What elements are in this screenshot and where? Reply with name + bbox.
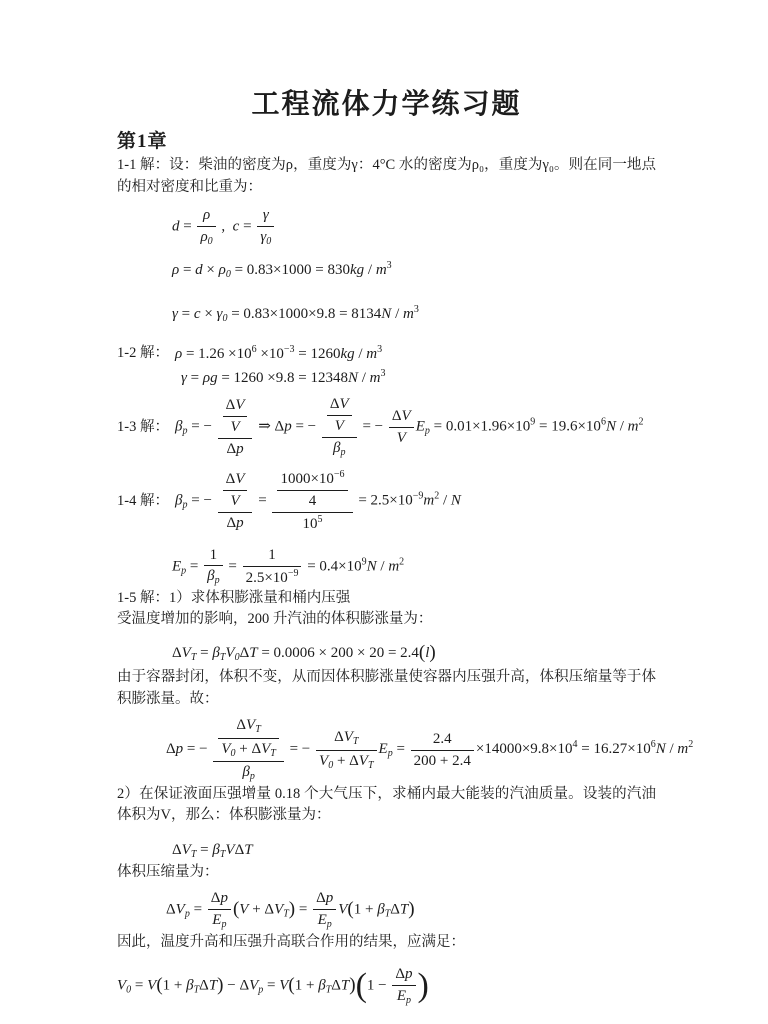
solution-label-1-3: 1-3 解： (117, 416, 175, 438)
solution-label-1-2: 1-2 解： (117, 342, 175, 364)
formula-group-1-2: ρ = 1.26 ×106 ×10−3 = 1260kg / m3 γ = ρg… (175, 342, 386, 389)
formula-elastic-modulus: Ep = 1βp = 12.5×10−9 = 0.4×109N / m2 (172, 546, 656, 588)
formula-volume-compression: ΔVp = ΔpEp(V + ΔVT) = ΔpEpV(1 + βTΔT) (166, 889, 656, 931)
para-therefore: 因此，温度升高和压强升高联合作用的结果，应满足： (117, 932, 656, 954)
solution-label-1-4: 1-4 解： (117, 490, 175, 512)
formula-1-4-compressibility: βp = − ΔVVΔp = 1000×10−64105 = 2.5×10−9m… (175, 469, 461, 533)
formula-1-3-compressibility: βp = − ΔVVΔp ⇒ Δp = − ΔVVβp = − ΔVVEp = … (175, 395, 643, 459)
formula-1-2-specific-weight: γ = ρg = 1260 ×9.8 = 12348N / m3 (181, 366, 386, 390)
para-sealed-container: 由于容器封闭，体积不变，从而因体积膨涨量使容器内压强升高，体积压缩量等于体积膨涨… (117, 667, 656, 710)
para-problem-1-1: 1-1 解：设：柴油的密度为ρ，重度为γ：4°C 水的密度为ρ₀，重度为γ₀。则… (117, 155, 656, 198)
formula-relative-density-definition: d = ρρ0 , c = γγ0 (172, 206, 656, 248)
formula-initial-volume: V0 = V(1 + βTΔT) − ΔVp = V(1 + βTΔT)(1 −… (117, 965, 656, 1007)
formula-volume-expansion: ΔVT = βTV0ΔT = 0.0006 × 200 × 20 = 2.4(l… (172, 639, 656, 668)
para-temperature-effect: 受温度增加的影响，200 升汽油的体积膨涨量为： (117, 609, 656, 631)
formula-specific-weight-result: γ = c × γ0 = 0.83×1000×9.8 = 8134N / m3 (172, 302, 656, 326)
solution-1-3: 1-3 解： βp = − ΔVVΔp ⇒ Δp = − ΔVVβp = − Δ… (117, 395, 656, 459)
para-compression-intro: 体积压缩量为： (117, 862, 656, 884)
formula-1-2-density: ρ = 1.26 ×106 ×10−3 = 1260kg / m3 (175, 342, 386, 366)
document-title: 工程流体力学练习题 (117, 88, 656, 122)
solution-1-4: 1-4 解： βp = − ΔVVΔp = 1000×10−64105 = 2.… (117, 469, 656, 533)
para-problem-1-5: 1-5 解：1）求体积膨涨量和桶内压强 (117, 588, 656, 610)
chapter-heading: 第1章 (117, 129, 656, 155)
formula-density-result: ρ = d × ρ0 = 0.83×1000 = 830kg / m3 (172, 258, 656, 282)
formula-pressure-increase: Δp = − ΔVTV0 + ΔVTβp = − ΔVTV0 + ΔVTEp =… (166, 716, 656, 784)
document-page: 工程流体力学练习题 第1章 1-1 解：设：柴油的密度为ρ，重度为γ：4°C 水… (0, 0, 768, 1024)
solution-1-2: 1-2 解： ρ = 1.26 ×106 ×10−3 = 1260kg / m3… (117, 342, 656, 389)
formula-expansion-general: ΔVT = βTVΔT (172, 839, 656, 862)
para-part-2: 2）在保证液面压强增量 0.18 个大气压下，求桶内最大能装的汽油质量。设装的汽… (117, 784, 656, 827)
